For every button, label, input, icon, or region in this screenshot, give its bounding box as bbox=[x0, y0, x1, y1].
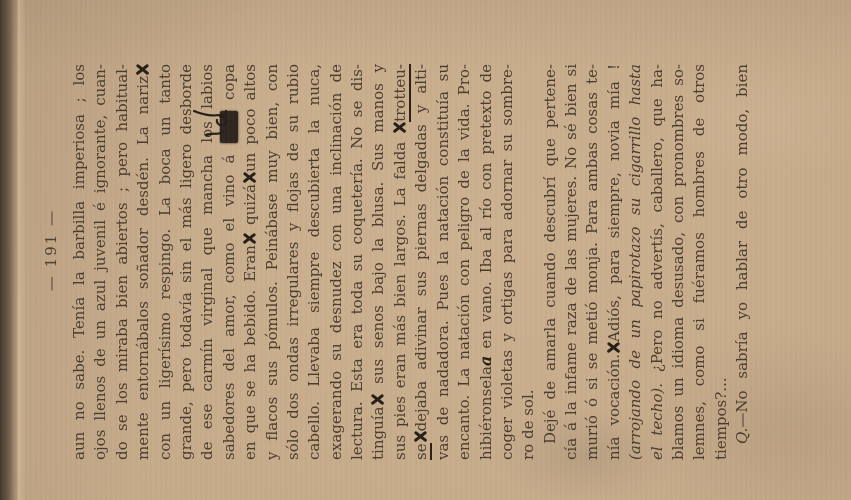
proofreader-x-mark bbox=[372, 396, 384, 406]
printed-text: vas de nadadora. Pues la natación consti… bbox=[434, 64, 452, 460]
text-line: vas de nadadora. Pues la natación consti… bbox=[433, 64, 454, 460]
text-line: y flacos sus pómulos. Peinábase muy bien… bbox=[262, 64, 283, 460]
text-line: do se los miraba bien abiertos ; pero ha… bbox=[112, 64, 133, 460]
text-line: grande, pero todavía sin el más ligero d… bbox=[176, 64, 197, 460]
text-line: nía vocación.Adiós, para siempre, novia … bbox=[604, 64, 625, 460]
printed-text: Dejé de amarla cuando descubrí que perte… bbox=[541, 64, 559, 444]
printed-text: do se los miraba bien abiertos ; pero ha… bbox=[113, 64, 131, 460]
text-line: ro de sol. bbox=[518, 64, 539, 460]
printed-text: sabedores del amor, como el vino á bbox=[220, 143, 238, 460]
proofreader-x-mark bbox=[244, 173, 256, 183]
printed-text: dejaba adivinar sus piernas delgadas y a… bbox=[412, 64, 430, 431]
text-line: hibiéronselaa en vano. Iba al río con pr… bbox=[475, 64, 496, 460]
hand-underlined-text: trotteu- bbox=[391, 64, 411, 122]
printed-text: Adiós, para siempre, novia mía ! bbox=[605, 64, 623, 342]
italic-text: (arrojando de un papirotazo su cigarrill… bbox=[626, 64, 644, 460]
printed-text: copa bbox=[220, 64, 238, 111]
printed-text: grande, pero todavía sin el más ligero d… bbox=[177, 64, 195, 460]
printed-text: lemnes, como si fuéramos hombres de otro… bbox=[690, 64, 708, 460]
printed-text: ojos llenos de un azul juvenil é ignoran… bbox=[91, 64, 109, 460]
text-line: Q.—No sabría yo hablar de otro modo, bie… bbox=[732, 64, 753, 460]
printed-text: hibiéronsela bbox=[477, 366, 495, 460]
printed-text: mente entornábalos soñador desdén. La na… bbox=[134, 76, 152, 460]
printed-text: murió ó si se metió monja. Para ambas co… bbox=[583, 64, 601, 460]
text-block: aun no sabe. Tenía la barbilla imperiosa… bbox=[69, 64, 754, 460]
text-line: lemnes, como si fuéramos hombres de otro… bbox=[689, 64, 710, 460]
printed-text: —No sabría yo hablar de otro modo, bien bbox=[733, 64, 751, 428]
scanned-book-page: — 191 — aun no sabe. Tenía la barbilla i… bbox=[0, 0, 851, 500]
printed-text: ro de sol. bbox=[519, 389, 537, 460]
printed-text: quizá bbox=[241, 184, 259, 233]
text-line: murió ó si se metió monja. Para ambas co… bbox=[582, 64, 603, 460]
printed-text: coger violetas y ortigas para adornar su… bbox=[498, 64, 516, 460]
text-line: con un ligerísimo respingo. La boca un t… bbox=[155, 64, 176, 460]
text-line: tiempos?... bbox=[711, 64, 732, 460]
printed-text: sus senos bajo la blusa. Sus manos y bbox=[369, 64, 387, 395]
text-line: blamos un idioma desusado, con pronombre… bbox=[668, 64, 689, 460]
printed-text: cía á la infame raza de las mujeres. No … bbox=[562, 64, 580, 460]
printed-text: tiempos?... bbox=[712, 377, 730, 460]
italic-text: Q. bbox=[733, 428, 751, 444]
printed-text: nía vocación. bbox=[605, 354, 623, 460]
page-edge-shadow bbox=[0, 0, 18, 500]
printed-text: tinguía bbox=[369, 407, 387, 461]
page-edge-highlight bbox=[18, 0, 26, 500]
text-line: sólo dos ondas irregulares y flojas de s… bbox=[283, 64, 304, 460]
text-line: aun no sabe. Tenía la barbilla imperiosa… bbox=[69, 64, 90, 460]
text-line: en que se ha bebido. Eran quizáun poco a… bbox=[240, 64, 261, 460]
text-line: (arrojando de un papirotazo su cigarrill… bbox=[625, 64, 646, 460]
text-line: de ese carmín virginal que mancha los la… bbox=[197, 64, 218, 460]
printed-text: encanto. La natación con peligro de la v… bbox=[455, 64, 473, 460]
text-line: mente entornábalos soñador desdén. La na… bbox=[133, 64, 154, 460]
proofreader-x-mark bbox=[244, 234, 256, 244]
printed-text: blamos un idioma desusado, con pronombre… bbox=[669, 64, 687, 460]
printed-text: con un ligerísimo respingo. La boca un t… bbox=[156, 64, 174, 460]
text-line: cabello. Llevaba siempre descubierta la … bbox=[304, 64, 325, 460]
text-line: cía á la infame raza de las mujeres. No … bbox=[561, 64, 582, 460]
handwritten-mark: a bbox=[476, 357, 495, 366]
hand-underlined-text: se bbox=[412, 443, 432, 460]
printed-text: exagerando su desnudez con una inclinaci… bbox=[327, 64, 345, 460]
rotated-page: — 191 — aun no sabe. Tenía la barbilla i… bbox=[0, 0, 851, 500]
printed-text: cabello. Llevaba siempre descubierta la … bbox=[305, 64, 323, 460]
text-line: exagerando su desnudez con una inclinaci… bbox=[326, 64, 347, 460]
italic-text: el techo). bbox=[648, 383, 666, 460]
text-line: sedejaba adivinar sus piernas delgadas y… bbox=[411, 64, 432, 460]
text-line: ojos llenos de un azul juvenil é ignoran… bbox=[90, 64, 111, 460]
text-line: tinguía sus senos bajo la blusa. Sus man… bbox=[368, 64, 389, 460]
printed-text: de ese carmín virginal que mancha los la… bbox=[198, 64, 216, 460]
proofreader-x-mark bbox=[608, 343, 620, 353]
printed-text: un poco altos bbox=[241, 64, 259, 172]
text-line: el techo). ¿Pero no advertís, caballero,… bbox=[647, 64, 668, 460]
text-line: lectura. Esta era toda su coquetería. No… bbox=[347, 64, 368, 460]
printed-text: lectura. Esta era toda su coquetería. No… bbox=[348, 64, 366, 460]
text-line: encanto. La natación con peligro de la v… bbox=[454, 64, 475, 460]
proofreader-x-mark bbox=[394, 123, 406, 133]
printed-text: sus pies eran más bien largos. La falda bbox=[391, 134, 409, 460]
printed-text: ¿Pero no advertís, caballero, que ha- bbox=[648, 64, 666, 383]
text-line: sabedores del amor, como el vino á una c… bbox=[219, 64, 240, 460]
text-line: coger violetas y ortigas para adornar su… bbox=[497, 64, 518, 460]
printed-text: en vano. Iba al río con pretexto de bbox=[477, 64, 495, 357]
text-line: Dejé de amarla cuando descubrí que perte… bbox=[540, 64, 561, 460]
proofreader-x-mark bbox=[415, 432, 427, 442]
printed-text: aun no sabe. Tenía la barbilla imperiosa… bbox=[70, 64, 88, 460]
page-number: — 191 — bbox=[42, 0, 61, 500]
proofreader-x-mark bbox=[137, 65, 149, 75]
text-line: sus pies eran más bien largos. La falda … bbox=[390, 64, 411, 460]
printed-text: en que se ha bebido. Eran bbox=[241, 245, 259, 460]
printed-text: y flacos sus pómulos. Peinábase muy bien… bbox=[263, 64, 281, 460]
inked-out-word: una bbox=[220, 111, 238, 143]
printed-text: sólo dos ondas irregulares y flojas de s… bbox=[284, 64, 302, 460]
